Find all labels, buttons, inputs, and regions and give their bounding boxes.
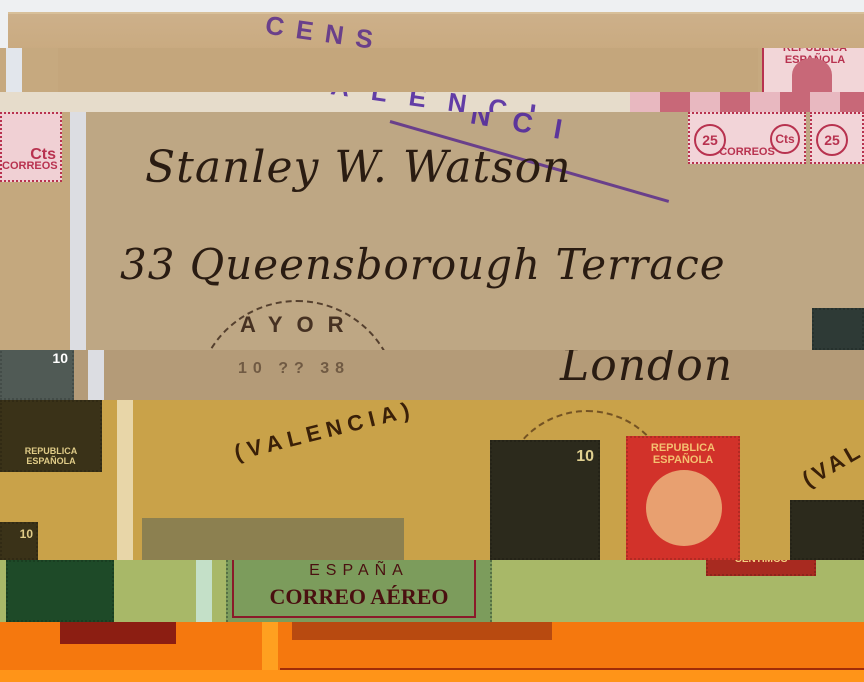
stamp-green-woman bbox=[6, 560, 114, 622]
envelope-top-band: CENS bbox=[0, 0, 864, 48]
postmark-top-text: AYOR bbox=[240, 312, 358, 338]
paper-gap bbox=[88, 350, 104, 400]
envelope-address-band: CORREOS Cts NCI 25 CORREOS Cts 25 Stanle… bbox=[0, 112, 864, 350]
paper-gap bbox=[70, 112, 86, 350]
orange-glitch-band bbox=[0, 622, 864, 682]
stamp-red-centimos: CENTIMOS bbox=[706, 560, 816, 576]
address-name: Stanley W. Watson bbox=[145, 142, 572, 193]
stamp-value: 25 bbox=[816, 124, 848, 156]
address-street: 33 Queensborough Terrace bbox=[120, 240, 726, 289]
stamp-value: 10 bbox=[52, 350, 68, 366]
stamp-black-right bbox=[790, 500, 864, 560]
stamp-black-right-edge bbox=[812, 308, 864, 350]
paper-gap bbox=[196, 560, 212, 622]
envelope-band-3: ALENCI bbox=[0, 92, 864, 112]
airmail-label-top bbox=[142, 518, 404, 560]
envelope-band-2: REPUBLICA ESPAÑOLA bbox=[0, 48, 864, 92]
airmail-label-bottom bbox=[292, 622, 552, 640]
stamp-25-cts-2: 25 bbox=[810, 112, 864, 164]
stamp-25-cts-1: 25 CORREOS Cts bbox=[688, 112, 806, 164]
envelope-band-5: 10 10 ?? 38 London bbox=[0, 350, 864, 400]
stamp-portrait bbox=[646, 470, 722, 546]
stamp-red-portrait: REPUBLICA ESPAÑOLA bbox=[626, 436, 740, 560]
yellow-glitch-band: REPUBLICA ESPAÑOLA 10 (VALENCIA) 10 REPU… bbox=[0, 400, 864, 560]
address-city: London bbox=[560, 350, 733, 391]
green-glitch-band: ESPAÑA CORREO AÉREO CENTIMOS bbox=[0, 560, 864, 622]
stamp-black-republica: REPUBLICA ESPAÑOLA bbox=[0, 400, 102, 472]
paper-edge bbox=[6, 48, 22, 92]
stamp-value: 10 bbox=[576, 448, 594, 466]
postmark-partial-right: (VAL bbox=[798, 437, 864, 492]
stamp-unit: Cts bbox=[770, 124, 800, 154]
dark-stamp-fragment bbox=[60, 622, 176, 644]
stamp-pink-left: CORREOS Cts bbox=[0, 112, 62, 182]
stamp-black-10-top: 10 bbox=[0, 350, 74, 400]
paper-gap bbox=[117, 400, 133, 560]
stamp-pink-top: REPUBLICA ESPAÑOLA bbox=[762, 48, 864, 92]
stamp-portrait bbox=[792, 58, 832, 92]
postmark-date: 10 ?? 38 bbox=[238, 360, 350, 378]
stamp-pink-strip bbox=[630, 92, 864, 112]
stamp-black-10-low: 10 bbox=[0, 522, 38, 560]
envelope-flap bbox=[8, 12, 864, 48]
censor-mark-mid: ALENCI bbox=[329, 92, 560, 112]
tape-strip bbox=[58, 48, 758, 92]
envelope-below bbox=[0, 670, 864, 682]
airmail-label-text: CORREO AÉREO bbox=[228, 584, 490, 610]
stamp-black-10-woman: 10 bbox=[490, 440, 600, 560]
postmark-bottom-text: (VALENCIA) bbox=[232, 400, 418, 466]
airmail-label-country: ESPAÑA bbox=[228, 562, 490, 580]
airmail-label[interactable]: ESPAÑA CORREO AÉREO bbox=[226, 560, 492, 622]
stamp-value: 10 bbox=[20, 527, 33, 541]
